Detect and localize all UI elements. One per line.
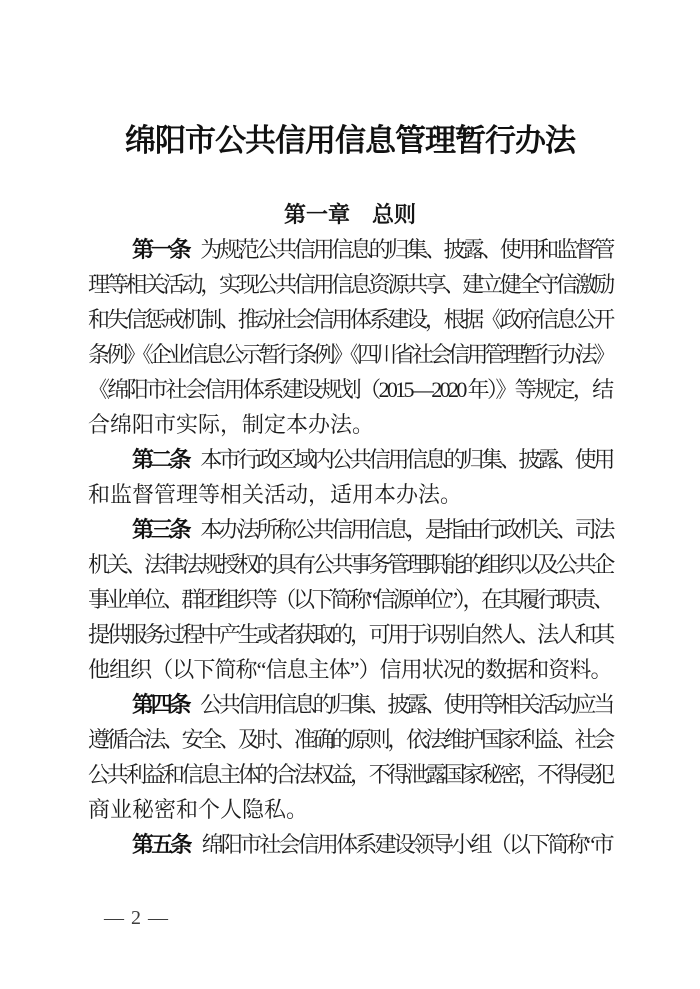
line-text: 和失信惩戒机制、推动社会信用体系建设，根据《政府信息公开 — [88, 307, 612, 332]
body-line: 商业秘密和个人隐私。 — [88, 792, 612, 827]
chapter-heading: 第一章 总则 — [0, 201, 700, 229]
body-line-article-5: 第五条绵阳市社会信用体系建设领导小组（以下简称“市 — [88, 827, 612, 862]
line-text: 为规范公共信用信息的归集、披露、使用和监督管 — [200, 237, 612, 262]
document-body: 第一条为规范公共信用信息的归集、披露、使用和监督管 理等相关活动，实现公共信用信… — [88, 232, 612, 862]
article-number: 第二条 — [132, 447, 188, 472]
body-line: 和监督管理等相关活动，适用本办法。 — [88, 477, 612, 512]
line-text: 商业秘密和个人隐私。 — [88, 797, 308, 822]
body-line-article-1: 第一条为规范公共信用信息的归集、披露、使用和监督管 — [88, 232, 612, 267]
line-text: 遵循合法、安全、及时、准确的原则，依法维护国家利益、社会 — [88, 727, 612, 752]
line-text: 理等相关活动，实现公共信用信息资源共享、建立健全守信激励 — [88, 272, 612, 297]
document-title: 绵阳市公共信用信息管理暂行办法 — [0, 122, 700, 160]
body-line: 条例》《企业信息公示暂行条例》《四川省社会信用管理暂行办法》 — [88, 337, 612, 372]
article-number: 第四条 — [132, 692, 188, 717]
body-line: 提供服务过程中产生或者获取的，可用于识别自然人、法人和其 — [88, 617, 612, 652]
line-text: 绵阳市社会信用体系建设领导小组（以下简称“市 — [202, 832, 612, 857]
line-text: 本办法所称公共信用信息，是指由行政机关、司法 — [200, 517, 612, 542]
article-number: 第五条 — [132, 832, 190, 857]
body-line: 理等相关活动，实现公共信用信息资源共享、建立健全守信激励 — [88, 267, 612, 302]
line-text: 本市行政区域内公共信用信息的归集、披露、使用 — [200, 447, 612, 472]
body-line: 机关、法律法规授权的具有公共事务管理职能的组织以及公共企 — [88, 547, 612, 582]
body-line: 合绵阳市实际，制定本办法。 — [88, 407, 612, 442]
line-text: 他组织（以下简称“信息主体”）信用状况的数据和资料。 — [88, 657, 612, 682]
line-text: 事业单位、群团组织等（以下简称“信源单位”），在其履行职责、 — [88, 587, 612, 612]
line-text: 公共信用信息的归集、披露、使用等相关活动应当 — [200, 692, 612, 717]
line-text: 条例》《企业信息公示暂行条例》《四川省社会信用管理暂行办法》 — [88, 342, 612, 367]
body-line: 遵循合法、安全、及时、准确的原则，依法维护国家利益、社会 — [88, 722, 612, 757]
line-text: 提供服务过程中产生或者获取的，可用于识别自然人、法人和其 — [88, 622, 612, 647]
page-number: — 2 — — [104, 905, 169, 931]
body-line-article-2: 第二条本市行政区域内公共信用信息的归集、披露、使用 — [88, 442, 612, 477]
line-text: 机关、法律法规授权的具有公共事务管理职能的组织以及公共企 — [88, 552, 612, 577]
body-line-article-3: 第三条本办法所称公共信用信息，是指由行政机关、司法 — [88, 512, 612, 547]
body-line: 他组织（以下简称“信息主体”）信用状况的数据和资料。 — [88, 652, 612, 687]
article-number: 第三条 — [132, 517, 188, 542]
body-line: 和失信惩戒机制、推动社会信用体系建设，根据《政府信息公开 — [88, 302, 612, 337]
body-line: 公共利益和信息主体的合法权益，不得泄露国家秘密，不得侵犯 — [88, 757, 612, 792]
line-text: 和监督管理等相关活动，适用本办法。 — [88, 482, 462, 507]
line-text: 合绵阳市实际，制定本办法。 — [88, 412, 374, 437]
body-line: 《绵阳市社会信用体系建设规划（2015—2020 年）》等规定，结 — [88, 372, 612, 407]
body-line: 事业单位、群团组织等（以下简称“信源单位”），在其履行职责、 — [88, 582, 612, 617]
line-text: 《绵阳市社会信用体系建设规划（2015—2020 年）》等规定，结 — [88, 377, 612, 402]
article-number: 第一条 — [132, 237, 188, 262]
document-page: 绵阳市公共信用信息管理暂行办法 第一章 总则 第一条为规范公共信用信息的归集、披… — [0, 0, 700, 989]
line-text: 公共利益和信息主体的合法权益，不得泄露国家秘密，不得侵犯 — [88, 762, 612, 787]
body-line-article-4: 第四条公共信用信息的归集、披露、使用等相关活动应当 — [88, 687, 612, 722]
